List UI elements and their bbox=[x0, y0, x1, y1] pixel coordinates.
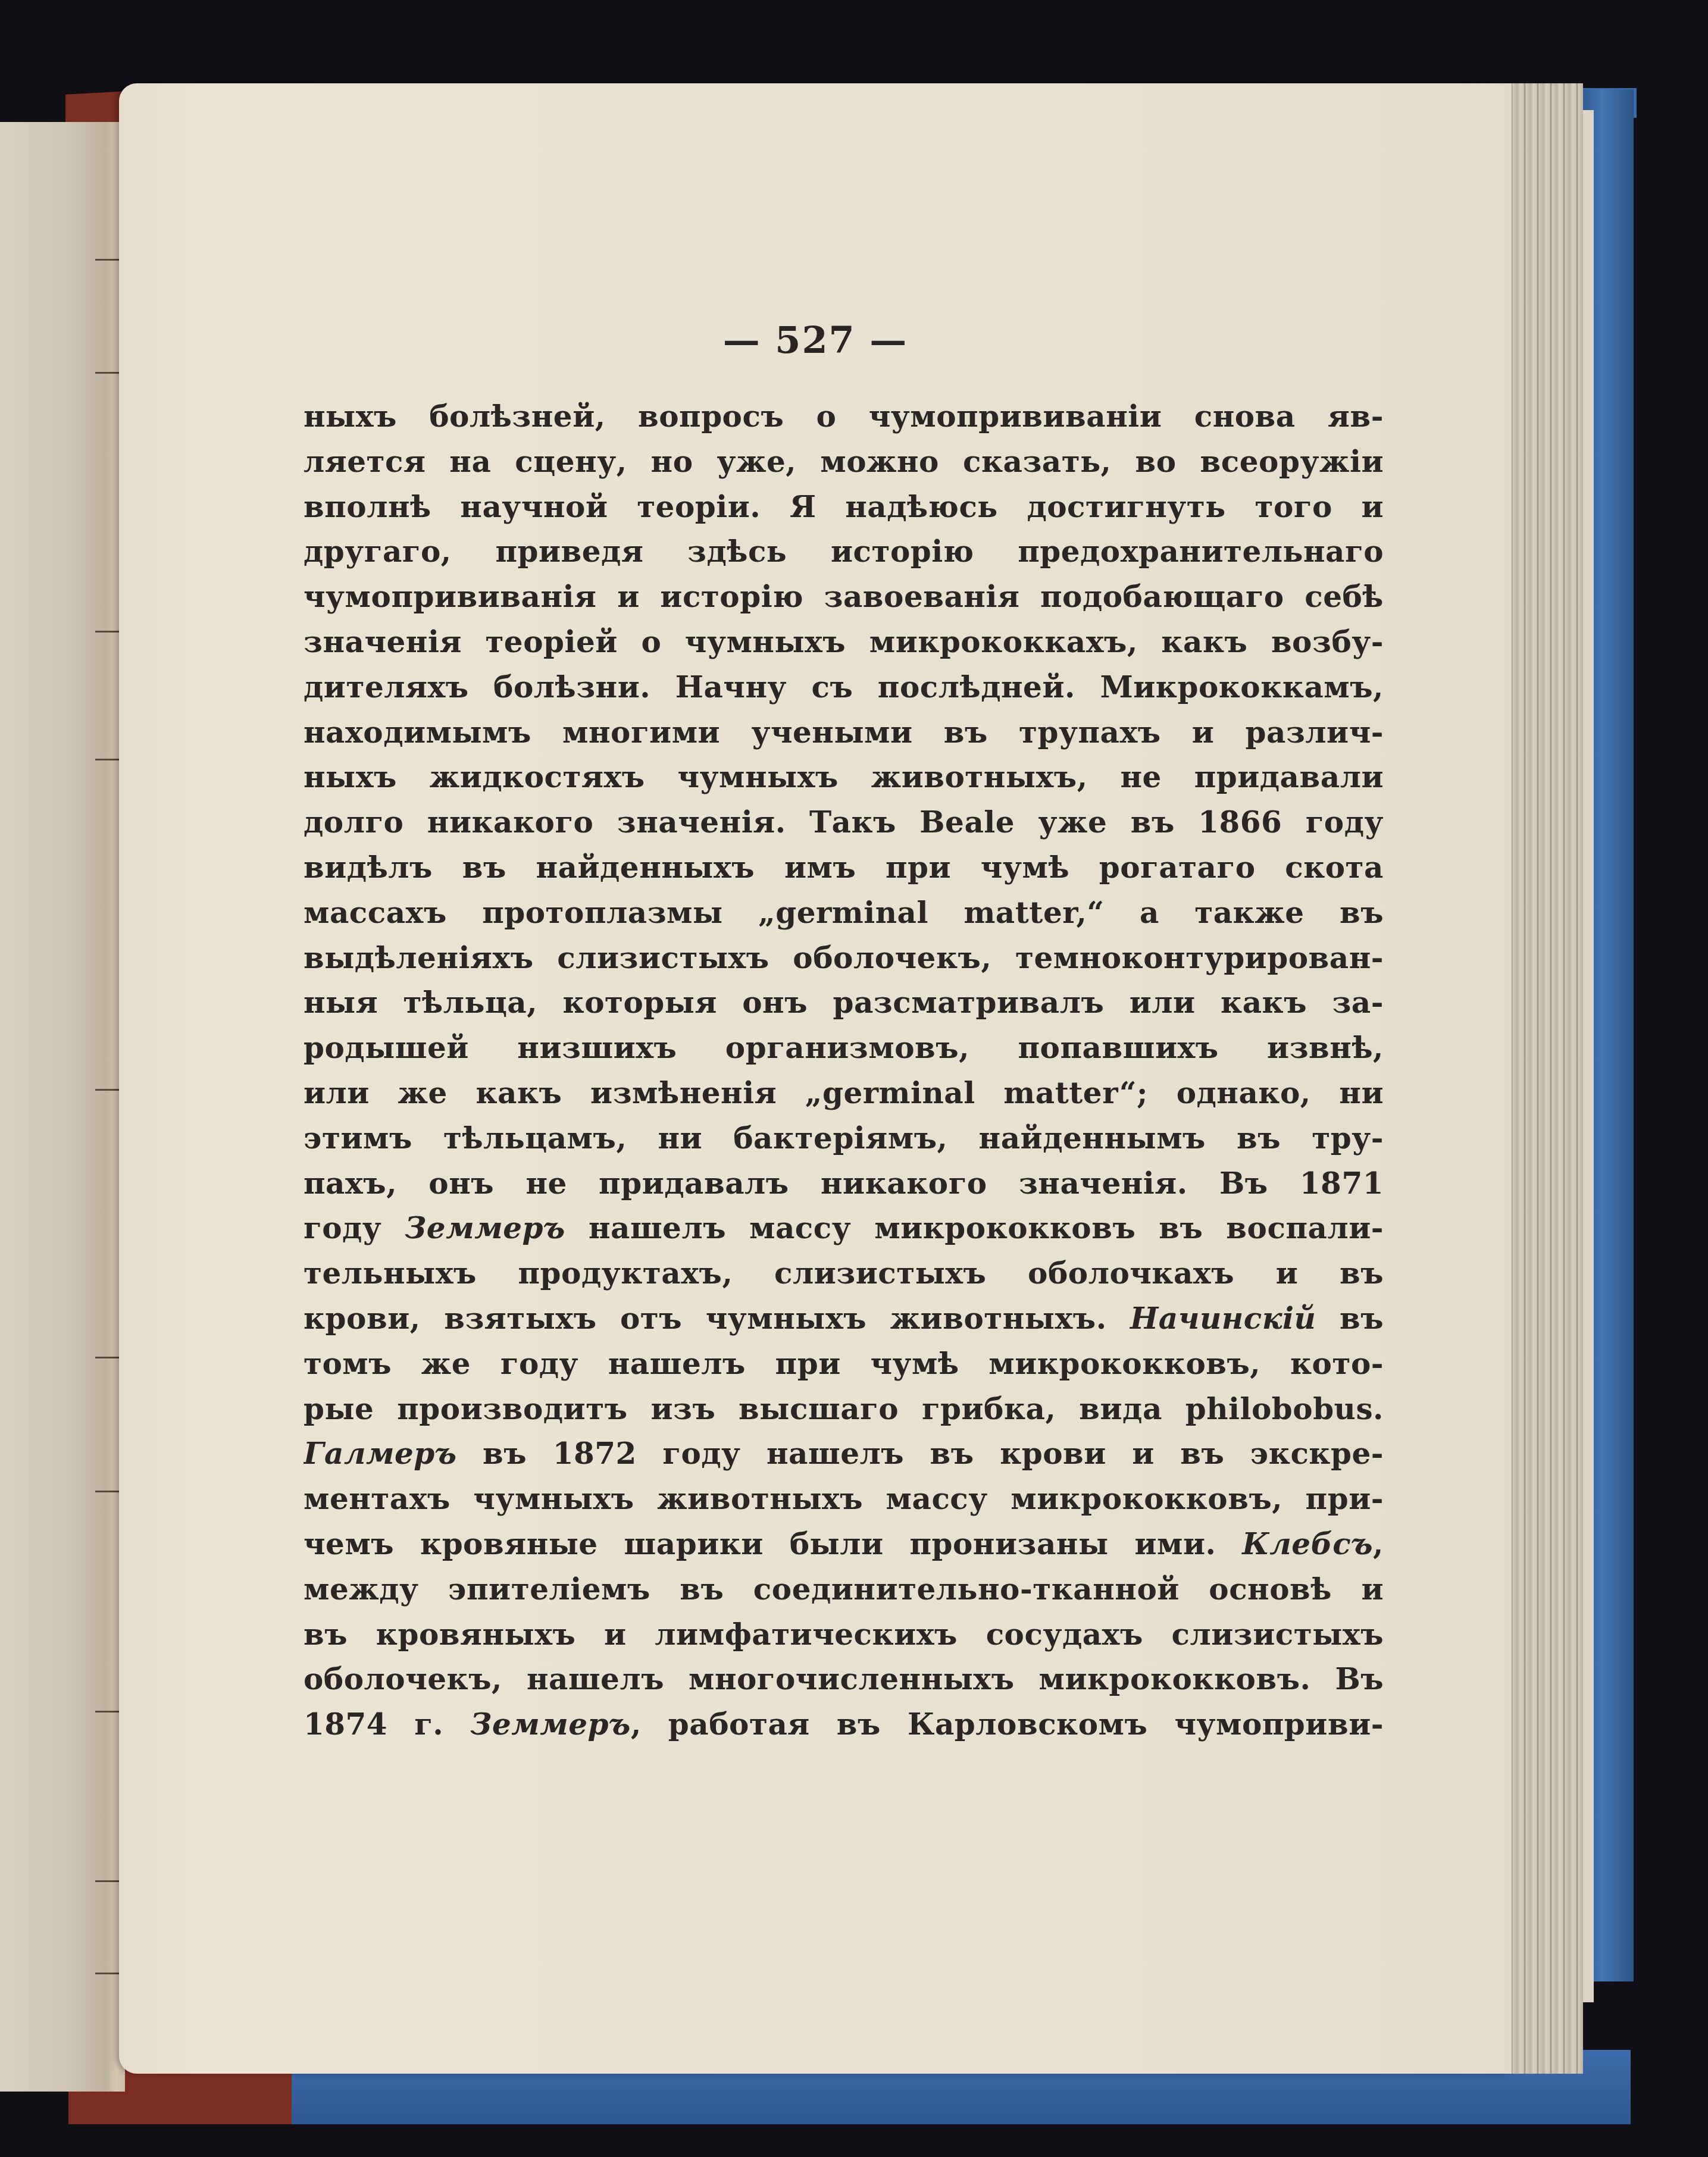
text-line: ментахъ чумныхъ животныхъ массу микрокок… bbox=[304, 1476, 1384, 1522]
text-line: дителяхъ болѣзни. Начну съ послѣдней. Ми… bbox=[304, 665, 1384, 710]
text-line: родышей низшихъ организмовъ, попавшихъ и… bbox=[304, 1025, 1384, 1070]
text-line: 1874 г. Земмеръ, работая въ Карловскомъ … bbox=[304, 1702, 1384, 1747]
text-line: значенія теоріей о чумныхъ микрококкахъ,… bbox=[304, 619, 1384, 665]
text-line: этимъ тѣльцамъ, ни бактеріямъ, найденным… bbox=[304, 1116, 1384, 1161]
text-line: чемъ кровяные шарики были пронизаны ими.… bbox=[304, 1522, 1384, 1567]
text-line: между эпителіемъ въ соединительно-тканно… bbox=[304, 1567, 1384, 1612]
text-line: рые производитъ изъ высшаго грибка, вида… bbox=[304, 1386, 1384, 1432]
text-line: оболочекъ, нашелъ многочисленныхъ микрок… bbox=[304, 1657, 1384, 1702]
text-line: выдѣленіяхъ слизистыхъ оболочекъ, темнок… bbox=[304, 935, 1384, 981]
text-line: ныхъ болѣзней, вопросъ о чумопрививаніи … bbox=[304, 394, 1384, 439]
left-page-edge bbox=[0, 122, 125, 2092]
text-line: находимымъ многими учеными въ трупахъ и … bbox=[304, 710, 1384, 755]
author-name: Земмеръ bbox=[405, 1210, 565, 1245]
author-name: Начинскій bbox=[1130, 1301, 1316, 1336]
text-line: крови, взятыхъ отъ чумныхъ животныхъ. На… bbox=[304, 1296, 1384, 1341]
text-line: видѣлъ въ найденныхъ имъ при чумѣ рогата… bbox=[304, 845, 1384, 890]
body-text: ныхъ болѣзней, вопросъ о чумопрививаніи … bbox=[304, 394, 1384, 1747]
text-line: ныхъ жидкостяхъ чумныхъ животныхъ, не пр… bbox=[304, 755, 1384, 800]
text-line: году Земмеръ нашелъ массу микрококковъ в… bbox=[304, 1206, 1384, 1251]
text-line: или же какъ измѣненія „germinal matter“;… bbox=[304, 1070, 1384, 1116]
text-line: долго никакого значенія. Такъ Beale уже … bbox=[304, 800, 1384, 845]
author-name: Земмеръ bbox=[470, 1707, 631, 1742]
author-name: Клебсъ bbox=[1242, 1526, 1373, 1561]
text-line: чумопрививанія и исторію завоеванія подо… bbox=[304, 574, 1384, 619]
text-line: ляется на сцену, но уже, можно сказать, … bbox=[304, 439, 1384, 484]
right-page: — 527 — ныхъ болѣзней, вопросъ о чумопри… bbox=[119, 83, 1512, 2074]
text-line: вполнѣ научной теоріи. Я надѣюсь достигн… bbox=[304, 484, 1384, 530]
text-line: другаго, приведя здѣсь исторію предохран… bbox=[304, 529, 1384, 574]
text-line: ныя тѣльца, которыя онъ разсматривалъ ил… bbox=[304, 980, 1384, 1025]
author-name: Галмеръ bbox=[304, 1436, 457, 1471]
text-line: томъ же году нашелъ при чумѣ микрококков… bbox=[304, 1341, 1384, 1386]
text-line: въ кровяныхъ и лимфатическихъ сосудахъ с… bbox=[304, 1612, 1384, 1657]
text-line: Галмеръ въ 1872 году нашелъ въ крови и в… bbox=[304, 1431, 1384, 1476]
text-line: тельныхъ продуктахъ, слизистыхъ оболочка… bbox=[304, 1251, 1384, 1296]
text-line: массахъ протоплазмы „germinal matter,“ а… bbox=[304, 890, 1384, 935]
text-line: пахъ, онъ не придавалъ никакого значенія… bbox=[304, 1161, 1384, 1206]
page-number: — 527 — bbox=[119, 318, 1512, 362]
